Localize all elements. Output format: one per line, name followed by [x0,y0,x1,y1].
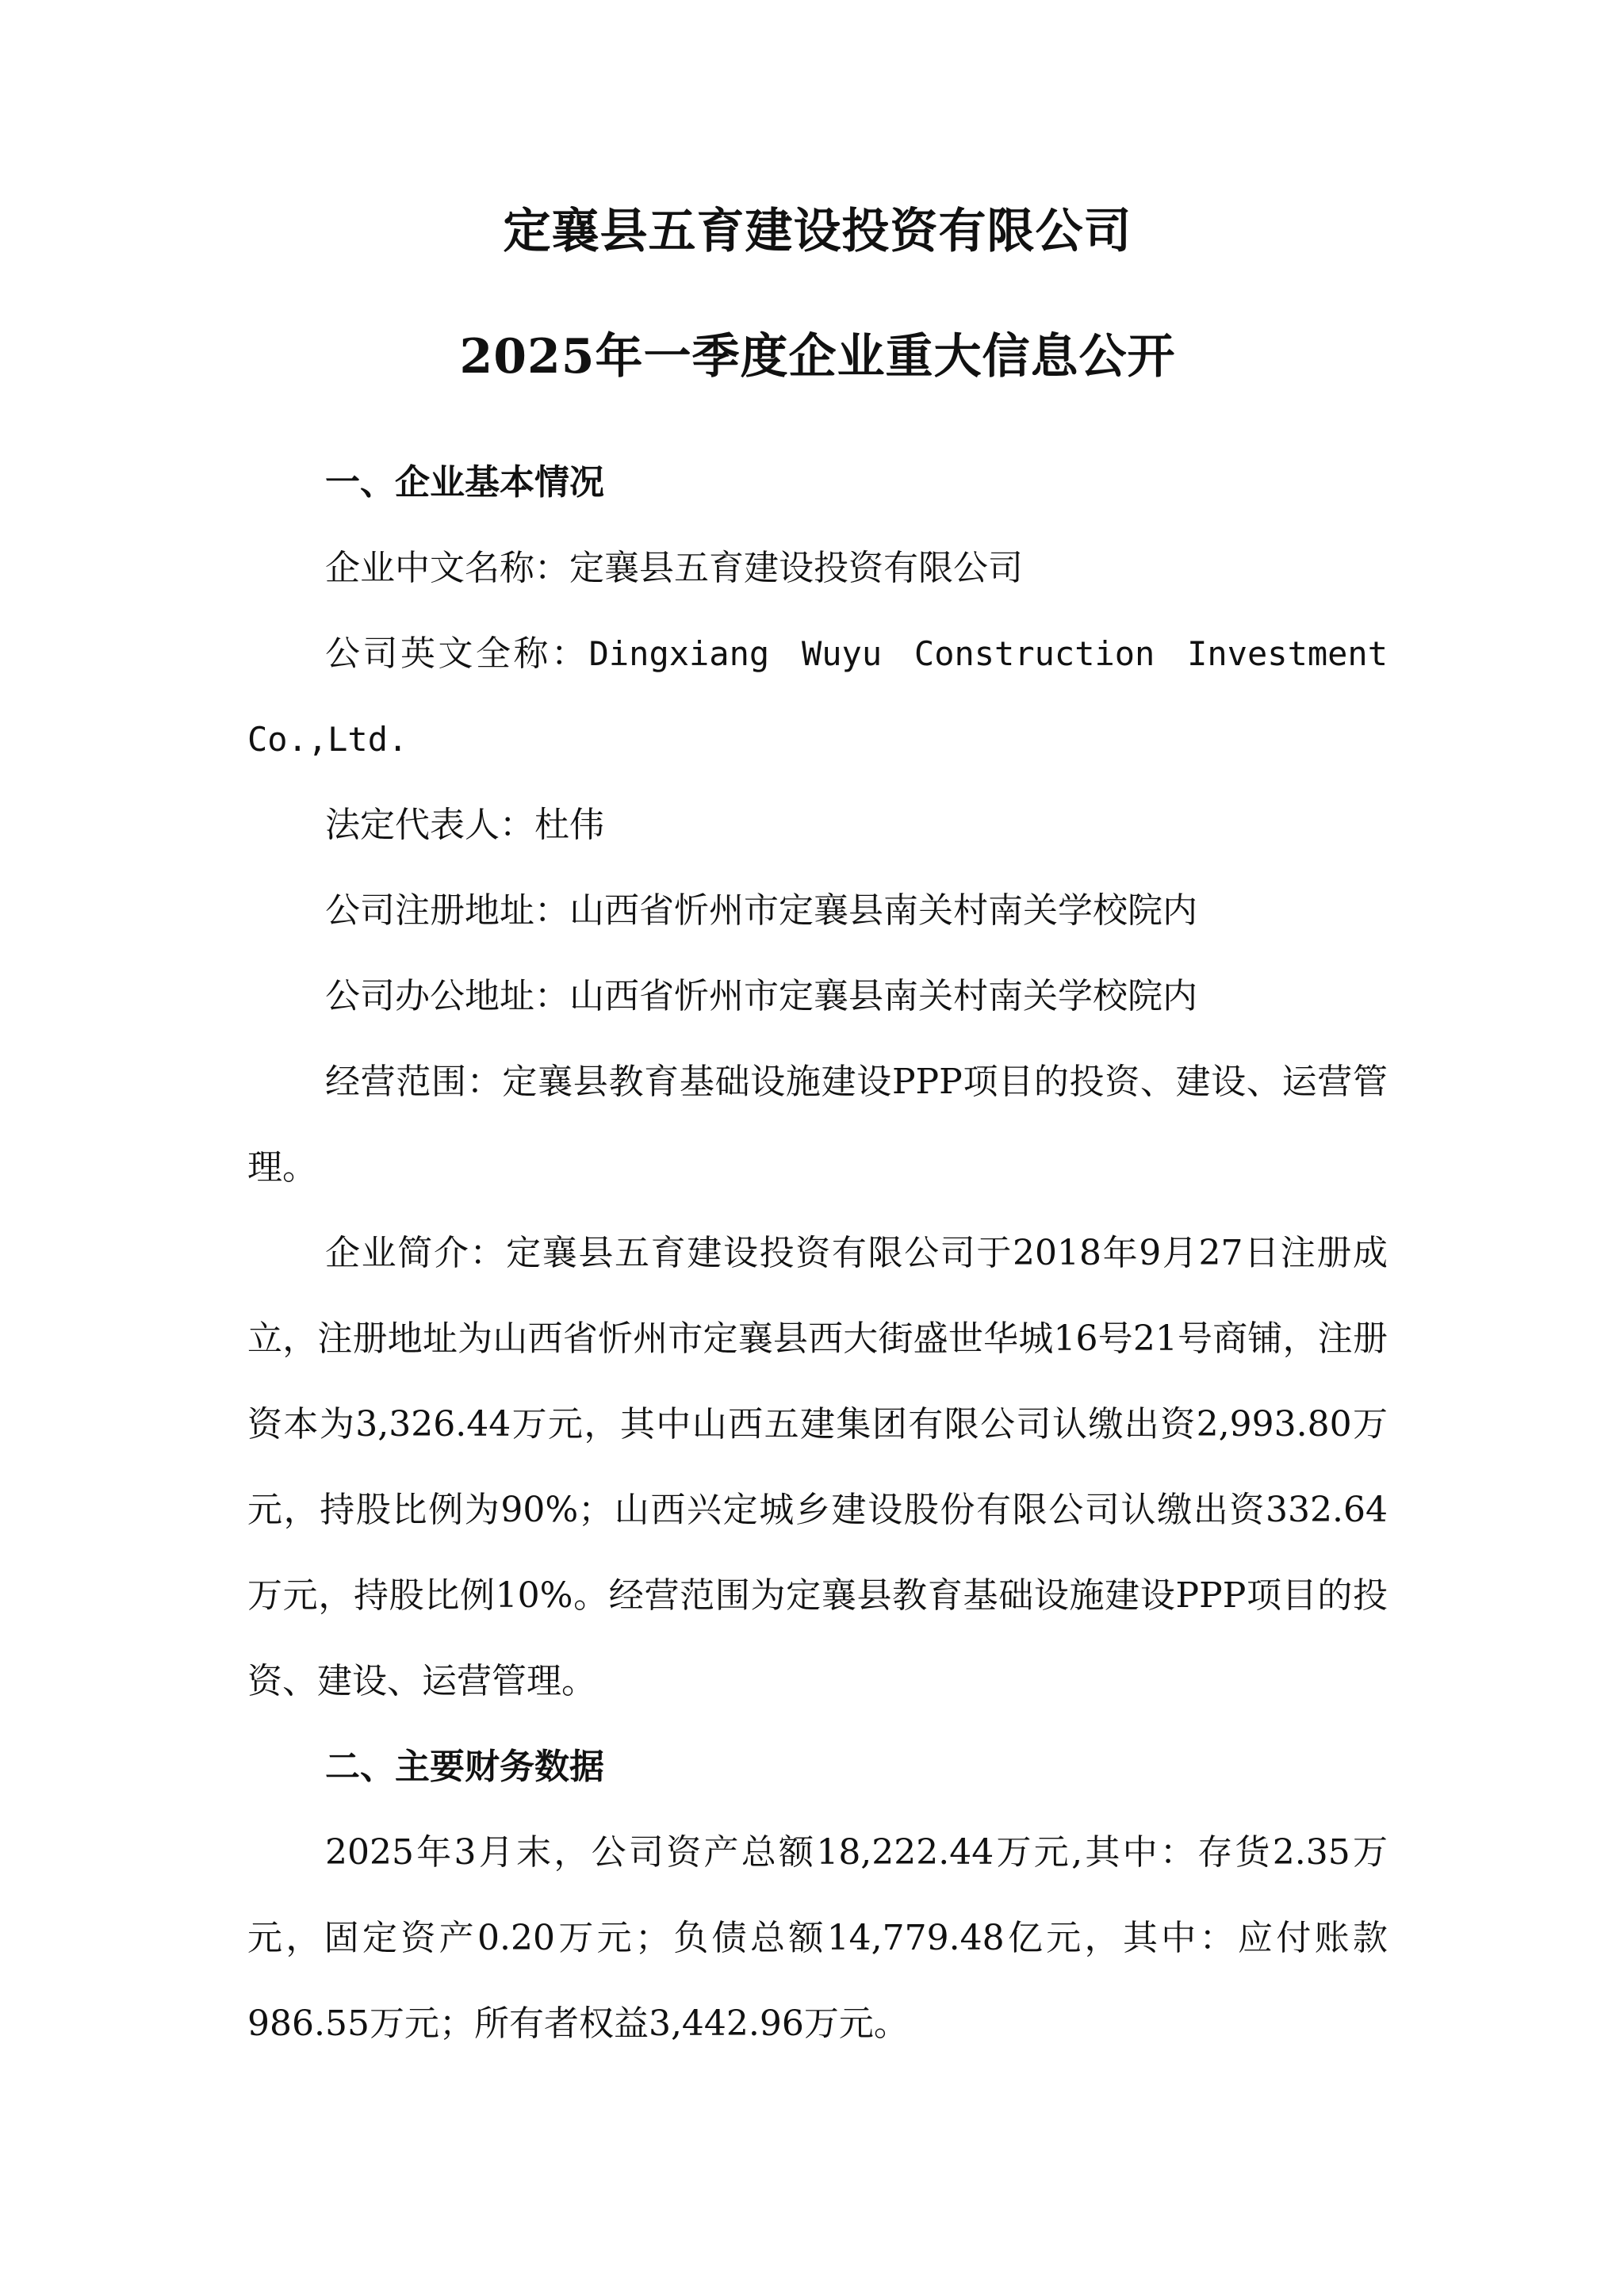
section-heading-basic-info: 一、企业基本情况 [247,440,1388,526]
field-registered-address: 公司注册地址：山西省忻州市定襄县南关村南关学校院内 [247,868,1388,954]
financial-summary: 2025年3月末，公司资产总额18,222.44万元,其中：存货2.35万元，固… [247,1810,1388,2067]
field-office-address: 公司办公地址：山西省忻州市定襄县南关村南关学校院内 [247,954,1388,1039]
document-title-company: 定襄县五育建设投资有限公司 [247,200,1388,263]
field-legal-representative: 法定代表人：杜伟 [247,783,1388,868]
field-english-name: 公司英文全称：Dingxiang Wuyu Construction Inves… [247,611,1388,697]
field-chinese-name: 企业中文名称：定襄县五育建设投资有限公司 [247,526,1388,611]
field-company-profile: 企业简介：定襄县五育建设投资有限公司于2018年9月27日注册成立，注册地址为山… [247,1211,1388,1724]
field-english-name-continued: Co.,Ltd. [247,697,1388,783]
section-heading-financial-data: 二、主要财务数据 [247,1724,1388,1810]
document-body: 一、企业基本情况 企业中文名称：定襄县五育建设投资有限公司 公司英文全称：Din… [247,440,1388,2067]
english-name-value-line2: Co.,Ltd. [247,720,408,759]
document-title-disclosure: 2025年一季度企业重大信息公开 [247,325,1388,388]
english-name-value-line1: Dingxiang Wuyu Construction Investment [589,634,1388,673]
english-name-label: 公司英文全称： [325,633,589,674]
field-business-scope: 经营范围：定襄县教育基础设施建设PPP项目的投资、建设、运营管理。 [247,1039,1388,1211]
